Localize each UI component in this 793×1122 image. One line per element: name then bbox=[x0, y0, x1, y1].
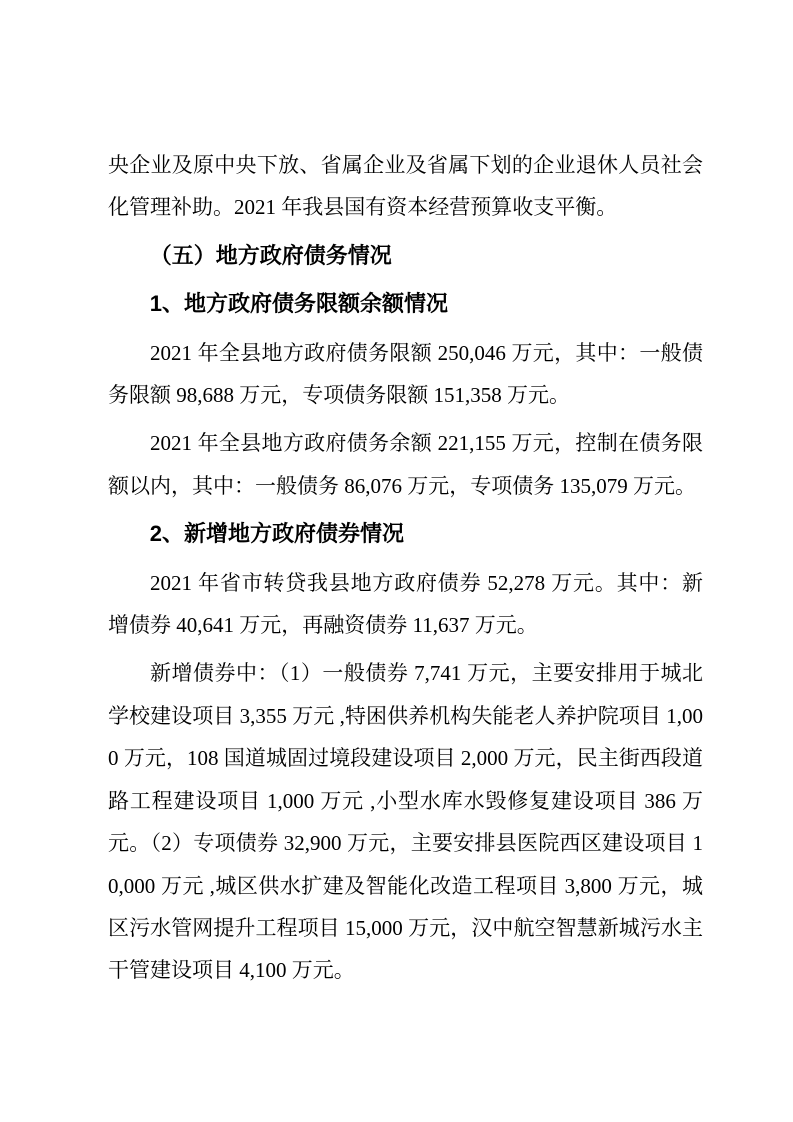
document-page: 央企业及原中央下放、省属企业及省属下划的企业退休人员社会化管理补助。2021 年… bbox=[0, 0, 793, 1122]
paragraph-bond-project-breakdown: 新增债券中：（1）一般债券 7,741 万元，主要安排用于城北学校建设项目 3,… bbox=[108, 652, 703, 991]
paragraph-debt-limit: 2021 年全县地方政府债务限额 250,046 万元，其中：一般债务限额 98… bbox=[108, 332, 703, 417]
paragraph-state-capital-budget: 央企业及原中央下放、省属企业及省属下划的企业退休人员社会化管理补助。2021 年… bbox=[108, 144, 703, 229]
heading-section-5-local-government-debt: （五）地方政府债务情况 bbox=[108, 235, 703, 277]
document-text-area: 央企业及原中央下放、省属企业及省属下划的企业退休人员社会化管理补助。2021 年… bbox=[108, 144, 703, 998]
paragraph-bond-totals: 2021 年省市转贷我县地方政府债券 52,278 万元。其中：新增债券 40,… bbox=[108, 562, 703, 647]
paragraph-debt-balance: 2021 年全县地方政府债务余额 221,155 万元，控制在债务限额以内，其中… bbox=[108, 422, 703, 507]
heading-subsection-2-new-bonds: 2、新增地方政府债券情况 bbox=[108, 513, 703, 555]
heading-subsection-1-debt-limit-balance: 1、地方政府债务限额余额情况 bbox=[108, 283, 703, 325]
